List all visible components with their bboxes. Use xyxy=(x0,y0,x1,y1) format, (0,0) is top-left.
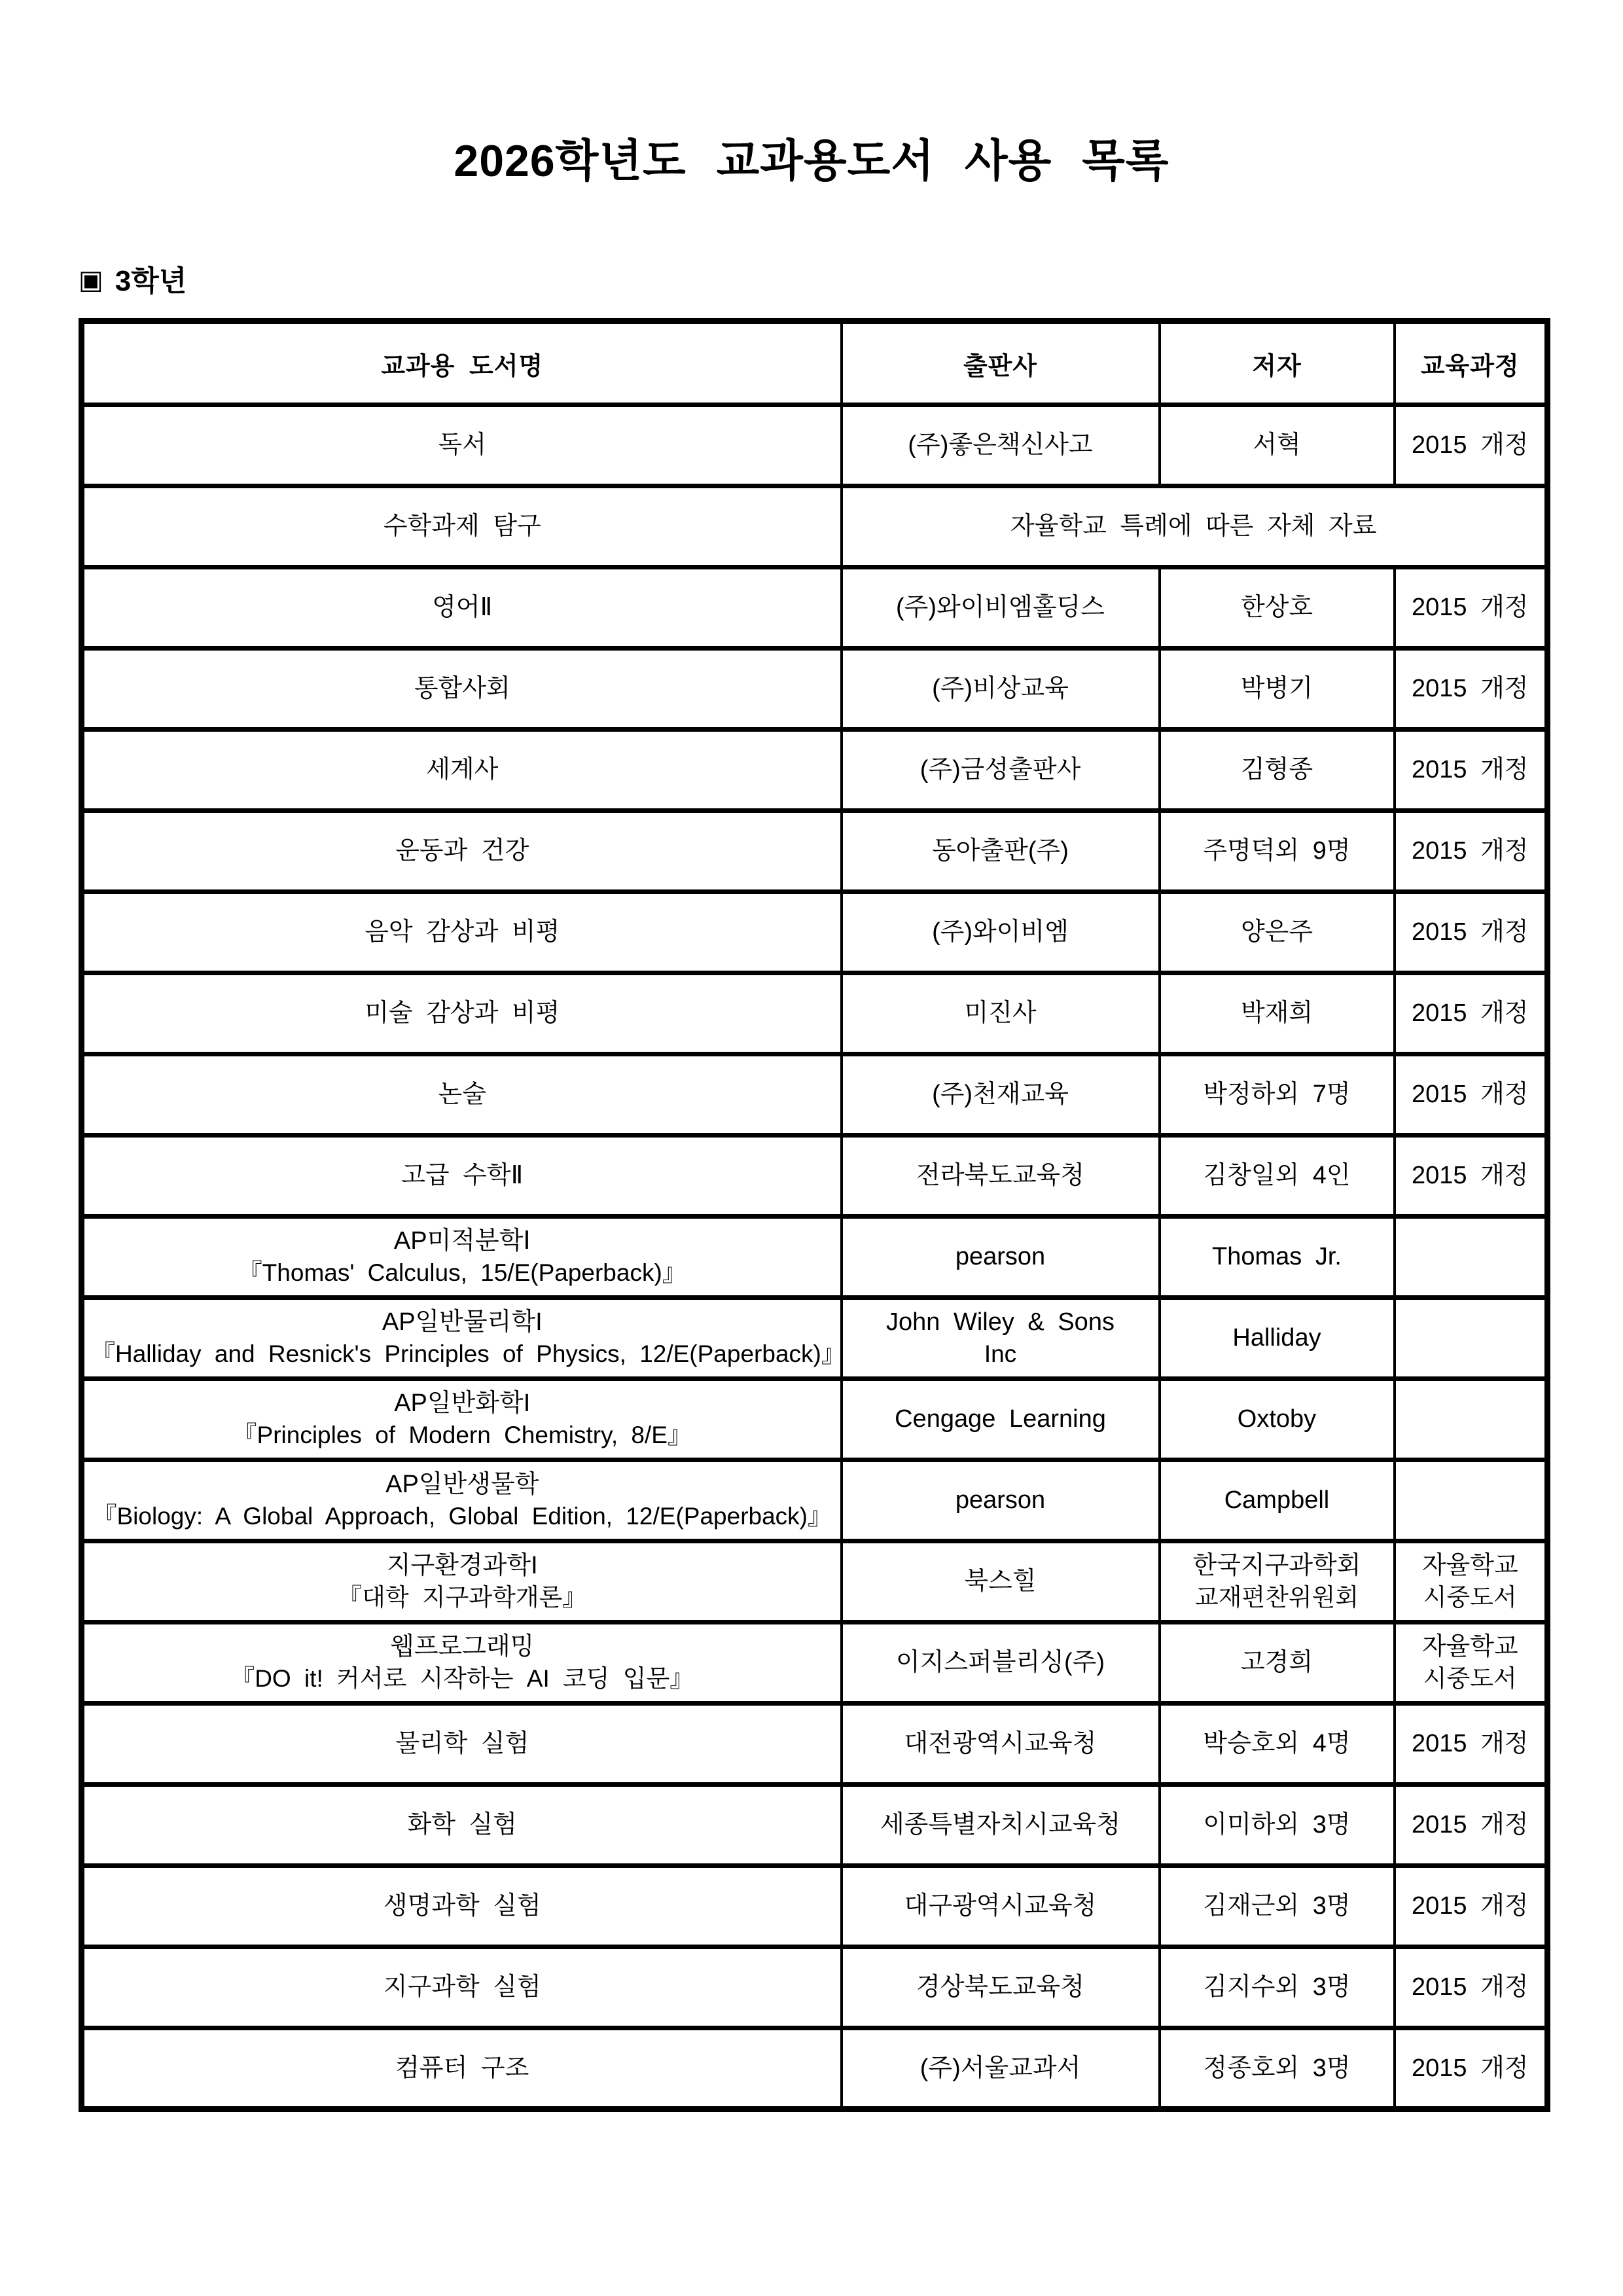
table-row: 독서(주)좋은책신사고서혁2015 개정 xyxy=(82,405,1548,486)
cell-line: Halliday xyxy=(1168,1321,1387,1354)
cell-line: 박정하외 7명 xyxy=(1168,1078,1387,1111)
cell-curriculum: 2015 개정 xyxy=(1395,1785,1548,1866)
cell-line: 한상호 xyxy=(1168,591,1387,624)
table-row: AP일반물리학I『Halliday and Resnick's Principl… xyxy=(82,1298,1548,1379)
cell-publisher: pearson xyxy=(842,1460,1160,1541)
cell-book-name: 영어Ⅱ xyxy=(82,567,842,649)
cell-publisher: (주)비상교육 xyxy=(842,649,1160,730)
page-title: 2026학년도 교과용도서 사용 목록 xyxy=(79,139,1544,183)
cell-book-name: 운동과 건강 xyxy=(82,811,842,892)
cell-line: (주)와이비엠 xyxy=(849,916,1152,948)
table-row: 통합사회(주)비상교육박병기2015 개정 xyxy=(82,649,1548,730)
document-page: 2026학년도 교과용도서 사용 목록 ▣ 3학년 교과용 도서명 출판사 저자… xyxy=(0,0,1623,2296)
cell-line: 자율학교 xyxy=(1402,1630,1539,1663)
cell-line: 서혁 xyxy=(1168,429,1387,461)
cell-line: Cengage Learning xyxy=(849,1403,1152,1435)
cell-author: Halliday xyxy=(1160,1298,1395,1379)
cell-merged-note: 자율학교 특례에 따른 자체 자료 xyxy=(842,486,1548,567)
cell-book-name: 통합사회 xyxy=(82,649,842,730)
cell-curriculum xyxy=(1395,1460,1548,1541)
cell-line: 박재희 xyxy=(1168,997,1387,1030)
table-row: 생명과학 실험대구광역시교육청김재근외 3명2015 개정 xyxy=(82,1866,1548,1947)
cell-line: AP일반생물학 xyxy=(91,1468,834,1501)
cell-publisher: (주)금성출판사 xyxy=(842,730,1160,811)
cell-publisher: 이지스퍼블리싱(주) xyxy=(842,1623,1160,1704)
table-row: 웹프로그래밍『DO it! 커서로 시작하는 AI 코딩 입문』이지스퍼블리싱(… xyxy=(82,1623,1548,1704)
cell-book-name: AP미적분학Ⅰ『Thomas' Calculus, 15/E(Paperback… xyxy=(82,1217,842,1298)
cell-publisher: 미진사 xyxy=(842,973,1160,1054)
cell-line: 세종특별자치시교육청 xyxy=(849,1808,1152,1841)
cell-line: 컴퓨터 구조 xyxy=(91,2052,834,2085)
cell-book-name: AP일반물리학I『Halliday and Resnick's Principl… xyxy=(82,1298,842,1379)
textbook-table: 교과용 도서명 출판사 저자 교육과정 독서(주)좋은책신사고서혁2015 개정… xyxy=(79,318,1550,2112)
table-header-row: 교과용 도서명 출판사 저자 교육과정 xyxy=(82,321,1548,405)
table-row: 세계사(주)금성출판사김형종2015 개정 xyxy=(82,730,1548,811)
cell-line: 한국지구과학회 xyxy=(1168,1549,1387,1582)
cell-book-name: AP일반화학I『Principles of Modern Chemistry, … xyxy=(82,1379,842,1460)
section-marker-icon: ▣ xyxy=(79,267,103,293)
cell-curriculum: 자율학교시중도서 xyxy=(1395,1541,1548,1623)
cell-line: 지구환경과학I xyxy=(91,1549,834,1582)
cell-line: 『Halliday and Resnick's Principles of Ph… xyxy=(91,1338,834,1371)
cell-line: 『Principles of Modern Chemistry, 8/E』 xyxy=(91,1420,834,1452)
cell-line: pearson xyxy=(849,1240,1152,1273)
cell-publisher: 세종특별자치시교육청 xyxy=(842,1785,1160,1866)
cell-line: 세계사 xyxy=(91,753,834,786)
cell-line: 2015 개정 xyxy=(1402,1159,1539,1192)
cell-line: 김형종 xyxy=(1168,753,1387,786)
cell-line: (주)와이비엠홀딩스 xyxy=(849,591,1152,624)
cell-line: 2015 개정 xyxy=(1402,429,1539,461)
cell-publisher: 대구광역시교육청 xyxy=(842,1866,1160,1947)
table-row: AP미적분학Ⅰ『Thomas' Calculus, 15/E(Paperback… xyxy=(82,1217,1548,1298)
cell-curriculum xyxy=(1395,1217,1548,1298)
cell-book-name: 고급 수학Ⅱ xyxy=(82,1136,842,1217)
cell-book-name: AP일반생물학『Biology: A Global Approach, Glob… xyxy=(82,1460,842,1541)
cell-publisher: pearson xyxy=(842,1217,1160,1298)
cell-line: 김재근외 3명 xyxy=(1168,1890,1387,1922)
cell-publisher: (주)천재교육 xyxy=(842,1054,1160,1136)
cell-publisher: (주)와이비엠홀딩스 xyxy=(842,567,1160,649)
cell-book-name: 컴퓨터 구조 xyxy=(82,2028,842,2109)
cell-line: 박승호외 4명 xyxy=(1168,1727,1387,1760)
cell-publisher: (주)와이비엠 xyxy=(842,892,1160,973)
table-row: 운동과 건강동아출판(주)주명덕외 9명2015 개정 xyxy=(82,811,1548,892)
cell-curriculum: 2015 개정 xyxy=(1395,2028,1548,2109)
cell-line: John Wiley & Sons xyxy=(849,1306,1152,1338)
cell-line: 『Thomas' Calculus, 15/E(Paperback)』 xyxy=(91,1257,834,1289)
section-label: 3학년 xyxy=(115,267,187,296)
cell-line: 영어Ⅱ xyxy=(91,591,834,624)
cell-book-name: 미술 감상과 비평 xyxy=(82,973,842,1054)
cell-author: 김형종 xyxy=(1160,730,1395,811)
cell-publisher: 대전광역시교육청 xyxy=(842,1704,1160,1785)
cell-line: 2015 개정 xyxy=(1402,1890,1539,1922)
cell-line: 양은주 xyxy=(1168,916,1387,948)
section-heading: ▣ 3학년 xyxy=(79,267,1544,296)
cell-line: 시중도서 xyxy=(1402,1663,1539,1695)
cell-curriculum: 2015 개정 xyxy=(1395,405,1548,486)
cell-line: 이미하외 3명 xyxy=(1168,1808,1387,1841)
cell-line: 음악 감상과 비평 xyxy=(91,916,834,948)
cell-author: 박병기 xyxy=(1160,649,1395,730)
cell-curriculum: 2015 개정 xyxy=(1395,649,1548,730)
cell-book-name: 수학과제 탐구 xyxy=(82,486,842,567)
cell-book-name: 물리학 실험 xyxy=(82,1704,842,1785)
cell-line: 2015 개정 xyxy=(1402,2052,1539,2085)
cell-author: 박정하외 7명 xyxy=(1160,1054,1395,1136)
table-row: 미술 감상과 비평미진사박재희2015 개정 xyxy=(82,973,1548,1054)
cell-line: 주명덕외 9명 xyxy=(1168,834,1387,867)
cell-curriculum xyxy=(1395,1298,1548,1379)
cell-book-name: 독서 xyxy=(82,405,842,486)
cell-line: 생명과학 실험 xyxy=(91,1890,834,1922)
cell-author: 이미하외 3명 xyxy=(1160,1785,1395,1866)
cell-book-name: 지구과학 실험 xyxy=(82,1947,842,2028)
cell-line: 자율학교 특례에 따른 자체 자료 xyxy=(849,510,1539,543)
cell-line: 정종호외 3명 xyxy=(1168,2052,1387,2085)
cell-author: Oxtoby xyxy=(1160,1379,1395,1460)
cell-line: 2015 개정 xyxy=(1402,1078,1539,1111)
cell-line: 교재편찬위원회 xyxy=(1168,1582,1387,1614)
cell-book-name: 음악 감상과 비평 xyxy=(82,892,842,973)
col-header-author: 저자 xyxy=(1160,321,1395,405)
cell-line: 고급 수학Ⅱ xyxy=(91,1159,834,1192)
cell-line: 대전광역시교육청 xyxy=(849,1727,1152,1760)
cell-author: 양은주 xyxy=(1160,892,1395,973)
cell-curriculum: 2015 개정 xyxy=(1395,730,1548,811)
table-row: 물리학 실험대전광역시교육청박승호외 4명2015 개정 xyxy=(82,1704,1548,1785)
cell-line: 김지수외 3명 xyxy=(1168,1971,1387,2003)
cell-line: 2015 개정 xyxy=(1402,672,1539,705)
cell-line: 경상북도교육청 xyxy=(849,1971,1152,2003)
cell-line: Inc xyxy=(849,1338,1152,1371)
cell-book-name: 지구환경과학I『대학 지구과학개론』 xyxy=(82,1541,842,1623)
cell-publisher: 동아출판(주) xyxy=(842,811,1160,892)
cell-publisher: Cengage Learning xyxy=(842,1379,1160,1460)
cell-publisher: 경상북도교육청 xyxy=(842,1947,1160,2028)
cell-curriculum: 2015 개정 xyxy=(1395,1704,1548,1785)
cell-publisher: John Wiley & SonsInc xyxy=(842,1298,1160,1379)
cell-line: 고경희 xyxy=(1168,1646,1387,1679)
cell-line: 시중도서 xyxy=(1402,1582,1539,1614)
cell-publisher: 북스힐 xyxy=(842,1541,1160,1623)
cell-line: 2015 개정 xyxy=(1402,1971,1539,2003)
col-header-publisher: 출판사 xyxy=(842,321,1160,405)
cell-book-name: 웹프로그래밍『DO it! 커서로 시작하는 AI 코딩 입문』 xyxy=(82,1623,842,1704)
cell-publisher: (주)좋은책신사고 xyxy=(842,405,1160,486)
cell-line: 이지스퍼블리싱(주) xyxy=(849,1646,1152,1679)
cell-line: 북스힐 xyxy=(849,1565,1152,1598)
cell-curriculum: 2015 개정 xyxy=(1395,811,1548,892)
cell-curriculum: 2015 개정 xyxy=(1395,1136,1548,1217)
cell-author: 박재희 xyxy=(1160,973,1395,1054)
cell-author: 김창일외 4인 xyxy=(1160,1136,1395,1217)
cell-curriculum: 2015 개정 xyxy=(1395,1866,1548,1947)
cell-line: 논술 xyxy=(91,1078,834,1111)
cell-author: 고경희 xyxy=(1160,1623,1395,1704)
table-row: 컴퓨터 구조(주)서울교과서정종호외 3명2015 개정 xyxy=(82,2028,1548,2109)
cell-line: 동아출판(주) xyxy=(849,834,1152,867)
table-row: 영어Ⅱ(주)와이비엠홀딩스한상호2015 개정 xyxy=(82,567,1548,649)
cell-author: 서혁 xyxy=(1160,405,1395,486)
cell-curriculum: 2015 개정 xyxy=(1395,567,1548,649)
col-header-curriculum: 교육과정 xyxy=(1395,321,1548,405)
cell-publisher: 전라북도교육청 xyxy=(842,1136,1160,1217)
cell-line: 2015 개정 xyxy=(1402,591,1539,624)
cell-curriculum: 2015 개정 xyxy=(1395,892,1548,973)
cell-book-name: 논술 xyxy=(82,1054,842,1136)
cell-line: AP일반물리학I xyxy=(91,1306,834,1338)
table-row: 음악 감상과 비평(주)와이비엠양은주2015 개정 xyxy=(82,892,1548,973)
cell-line: 미진사 xyxy=(849,997,1152,1030)
table-row: AP일반생물학『Biology: A Global Approach, Glob… xyxy=(82,1460,1548,1541)
cell-publisher: (주)서울교과서 xyxy=(842,2028,1160,2109)
cell-author: 김재근외 3명 xyxy=(1160,1866,1395,1947)
table-row: 지구환경과학I『대학 지구과학개론』북스힐한국지구과학회교재편찬위원회자율학교시… xyxy=(82,1541,1548,1623)
cell-line: 미술 감상과 비평 xyxy=(91,997,834,1030)
cell-line: 수학과제 탐구 xyxy=(91,510,834,543)
cell-author: Thomas Jr. xyxy=(1160,1217,1395,1298)
table-row: 논술(주)천재교육박정하외 7명2015 개정 xyxy=(82,1054,1548,1136)
cell-author: 한국지구과학회교재편찬위원회 xyxy=(1160,1541,1395,1623)
cell-line: (주)비상교육 xyxy=(849,672,1152,705)
cell-author: 정종호외 3명 xyxy=(1160,2028,1395,2109)
table-row: 화학 실험세종특별자치시교육청이미하외 3명2015 개정 xyxy=(82,1785,1548,1866)
cell-line: 2015 개정 xyxy=(1402,753,1539,786)
col-header-book-name: 교과용 도서명 xyxy=(82,321,842,405)
cell-curriculum: 2015 개정 xyxy=(1395,973,1548,1054)
cell-line: 2015 개정 xyxy=(1402,834,1539,867)
cell-line: (주)서울교과서 xyxy=(849,2052,1152,2085)
cell-curriculum: 2015 개정 xyxy=(1395,1054,1548,1136)
cell-line: 독서 xyxy=(91,429,834,461)
cell-line: 운동과 건강 xyxy=(91,834,834,867)
cell-line: 전라북도교육청 xyxy=(849,1159,1152,1192)
cell-line: 김창일외 4인 xyxy=(1168,1159,1387,1192)
cell-line: 물리학 실험 xyxy=(91,1727,834,1760)
cell-line: AP일반화학I xyxy=(91,1387,834,1420)
cell-line: 2015 개정 xyxy=(1402,997,1539,1030)
cell-book-name: 생명과학 실험 xyxy=(82,1866,842,1947)
cell-line: 2015 개정 xyxy=(1402,1727,1539,1760)
table-body: 독서(주)좋은책신사고서혁2015 개정수학과제 탐구자율학교 특례에 따른 자… xyxy=(82,405,1548,2109)
cell-line: Thomas Jr. xyxy=(1168,1240,1387,1273)
cell-line: 박병기 xyxy=(1168,672,1387,705)
cell-line: (주)천재교육 xyxy=(849,1078,1152,1111)
cell-curriculum: 2015 개정 xyxy=(1395,1947,1548,2028)
cell-line: (주)금성출판사 xyxy=(849,753,1152,786)
table-row: 수학과제 탐구자율학교 특례에 따른 자체 자료 xyxy=(82,486,1548,567)
cell-line: 통합사회 xyxy=(91,672,834,705)
cell-author: 한상호 xyxy=(1160,567,1395,649)
cell-line: 화학 실험 xyxy=(91,1808,834,1841)
cell-line: pearson xyxy=(849,1484,1152,1516)
cell-line: (주)좋은책신사고 xyxy=(849,429,1152,461)
cell-line: 2015 개정 xyxy=(1402,1808,1539,1841)
table-row: 고급 수학Ⅱ전라북도교육청김창일외 4인2015 개정 xyxy=(82,1136,1548,1217)
cell-line: 『DO it! 커서로 시작하는 AI 코딩 입문』 xyxy=(91,1663,834,1695)
cell-line: 대구광역시교육청 xyxy=(849,1890,1152,1922)
cell-line: Oxtoby xyxy=(1168,1403,1387,1435)
cell-book-name: 세계사 xyxy=(82,730,842,811)
cell-line: 자율학교 xyxy=(1402,1549,1539,1582)
cell-author: 김지수외 3명 xyxy=(1160,1947,1395,2028)
cell-line: AP미적분학Ⅰ xyxy=(91,1225,834,1257)
cell-author: Campbell xyxy=(1160,1460,1395,1541)
cell-book-name: 화학 실험 xyxy=(82,1785,842,1866)
table-row: AP일반화학I『Principles of Modern Chemistry, … xyxy=(82,1379,1548,1460)
cell-line: 지구과학 실험 xyxy=(91,1971,834,2003)
cell-line: 2015 개정 xyxy=(1402,916,1539,948)
cell-author: 주명덕외 9명 xyxy=(1160,811,1395,892)
table-row: 지구과학 실험경상북도교육청김지수외 3명2015 개정 xyxy=(82,1947,1548,2028)
cell-curriculum: 자율학교시중도서 xyxy=(1395,1623,1548,1704)
cell-curriculum xyxy=(1395,1379,1548,1460)
cell-author: 박승호외 4명 xyxy=(1160,1704,1395,1785)
cell-line: 『Biology: A Global Approach, Global Edit… xyxy=(91,1501,834,1533)
cell-line: 웹프로그래밍 xyxy=(91,1630,834,1663)
cell-line: 『대학 지구과학개론』 xyxy=(91,1582,834,1614)
cell-line: Campbell xyxy=(1168,1484,1387,1516)
